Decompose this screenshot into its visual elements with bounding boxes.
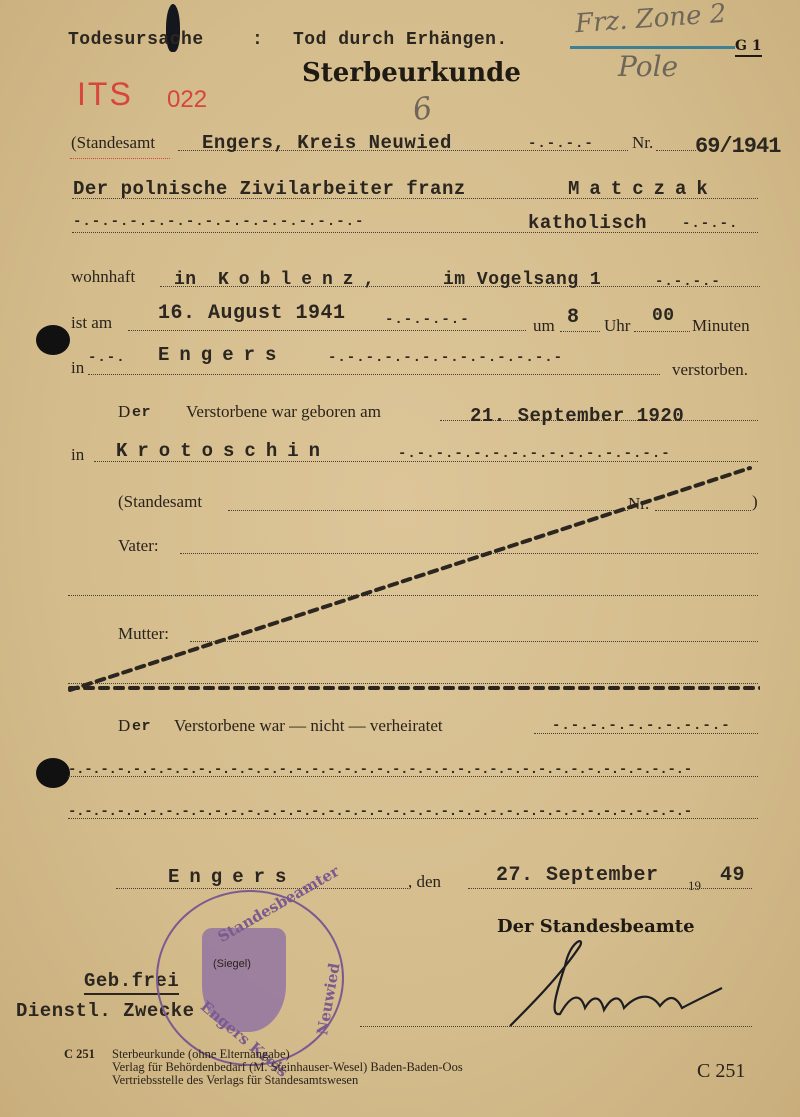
cause-separator: : — [252, 30, 263, 50]
seal-center-label: (Siegel) — [213, 958, 251, 970]
blue-strikethrough-line — [570, 46, 735, 49]
diagonal-cancel-line — [60, 460, 760, 700]
its-stamp-number: 022 — [167, 86, 207, 114]
cause-of-death-label: Todesursache — [68, 30, 204, 50]
person-surname: Matczak — [568, 178, 718, 200]
residence-street: im Vogelsang 1 — [443, 270, 601, 290]
death-place-dotline — [88, 374, 660, 375]
verstorben-label: verstorben. — [672, 360, 748, 380]
red-stamp-trace — [70, 158, 170, 159]
um-label: um — [533, 316, 555, 336]
person-religion: katholisch — [528, 212, 647, 234]
death-date-dotline — [128, 330, 526, 331]
birth-date-value: 21. September 1920 — [470, 405, 684, 427]
form-code: G 1 — [735, 38, 762, 57]
minuten-label: Minuten — [692, 316, 750, 336]
marital-fill-3: -.-.-.-.-.-.-.-.-.-.-.-.-.-.-.-.-.-.-.-.… — [68, 804, 758, 820]
marital-label-d: D — [118, 716, 130, 736]
residence-label: wohnhaft — [71, 267, 135, 287]
issuance-date: 27. September — [496, 864, 659, 887]
footer-line-3: Vertriebsstelle des Verlags für Standesa… — [112, 1074, 358, 1087]
death-place-label: in — [71, 358, 84, 378]
issuance-year-prefix: 19 — [688, 878, 701, 894]
marital-fill-1: -.-.-.-.-.-.-.-.-.- — [552, 718, 731, 734]
document-title: Sterbeurkunde — [302, 58, 521, 88]
marital-fill-2: -.-.-.-.-.-.-.-.-.-.-.-.-.-.-.-.-.-.-.-.… — [68, 762, 758, 778]
official-signature — [500, 936, 740, 1036]
issuance-place-dotline — [116, 888, 408, 889]
footer-form-code: C 251 — [64, 1048, 95, 1061]
residence-fill: -.-.-.- — [655, 274, 721, 290]
hour-dotline — [560, 331, 600, 332]
death-place-fill-pre: -.-. — [88, 350, 126, 366]
pencil-note-nationality: Pole — [618, 50, 678, 83]
registry-fill: -.-.-.- — [528, 136, 594, 152]
marital-status-text: Verstorbene war — nicht — verheiratet — [174, 716, 443, 736]
death-date-label: ist am — [71, 313, 112, 333]
birth-label-er: er — [132, 404, 151, 421]
birth-label: Verstorbene war geboren am — [186, 402, 381, 422]
registry-label: (Standesamt — [71, 133, 155, 153]
birth-place-value: Krotoschin — [116, 440, 330, 462]
marital-label-er: er — [132, 718, 151, 735]
death-certificate-page: Todesursache : Tod durch Erhängen. Sterb… — [0, 0, 800, 1117]
cause-of-death-value: Tod durch Erhängen. — [293, 30, 508, 50]
death-place-value: Engers — [158, 344, 286, 366]
person-description: Der polnische Zivilarbeiter franz — [73, 178, 466, 200]
pencil-mark: 6 — [410, 91, 435, 129]
punch-hole-upper — [36, 325, 70, 355]
death-hour: 8 — [567, 306, 580, 329]
punch-hole-lower — [36, 758, 70, 788]
registry-nr-value: 69/1941 — [695, 134, 780, 159]
issuance-place: Engers — [168, 866, 296, 888]
registry-office-value: Engers, Kreis Neuwied — [202, 132, 452, 154]
person-dotline-2 — [72, 232, 758, 233]
issuance-date-dotline — [468, 888, 752, 889]
registry-nr-dotline — [656, 150, 696, 151]
official-title: Der Standesbeamte — [497, 916, 695, 937]
death-minutes: 00 — [652, 306, 675, 326]
pencil-note-zone: Frz. Zone 2 — [574, 0, 727, 39]
issuance-year: 49 — [720, 864, 745, 887]
religion-fill: -.-.-. — [682, 216, 738, 232]
death-date-value: 16. August 1941 — [158, 302, 346, 325]
death-date-fill: -.-.-.-.- — [385, 312, 470, 328]
residence-prefix: in — [174, 270, 197, 290]
footer-form-code-right: C 251 — [697, 1060, 745, 1083]
uhr-label: Uhr — [604, 316, 630, 336]
person-fill: -.-.-.-.-.-.-.-.-.-.-.-.-.-.-.- — [73, 214, 364, 230]
birth-label-d: D — [118, 402, 130, 422]
its-stamp: ITS — [77, 76, 133, 113]
minutes-dotline — [634, 331, 690, 332]
death-place-fill: -.-.-.-.-.-.-.-.-.-.-.-.- — [328, 350, 563, 366]
residence-city: Koblenz, — [218, 270, 384, 290]
registry-nr-label: Nr. — [632, 133, 653, 153]
den-label: , den — [408, 872, 441, 892]
